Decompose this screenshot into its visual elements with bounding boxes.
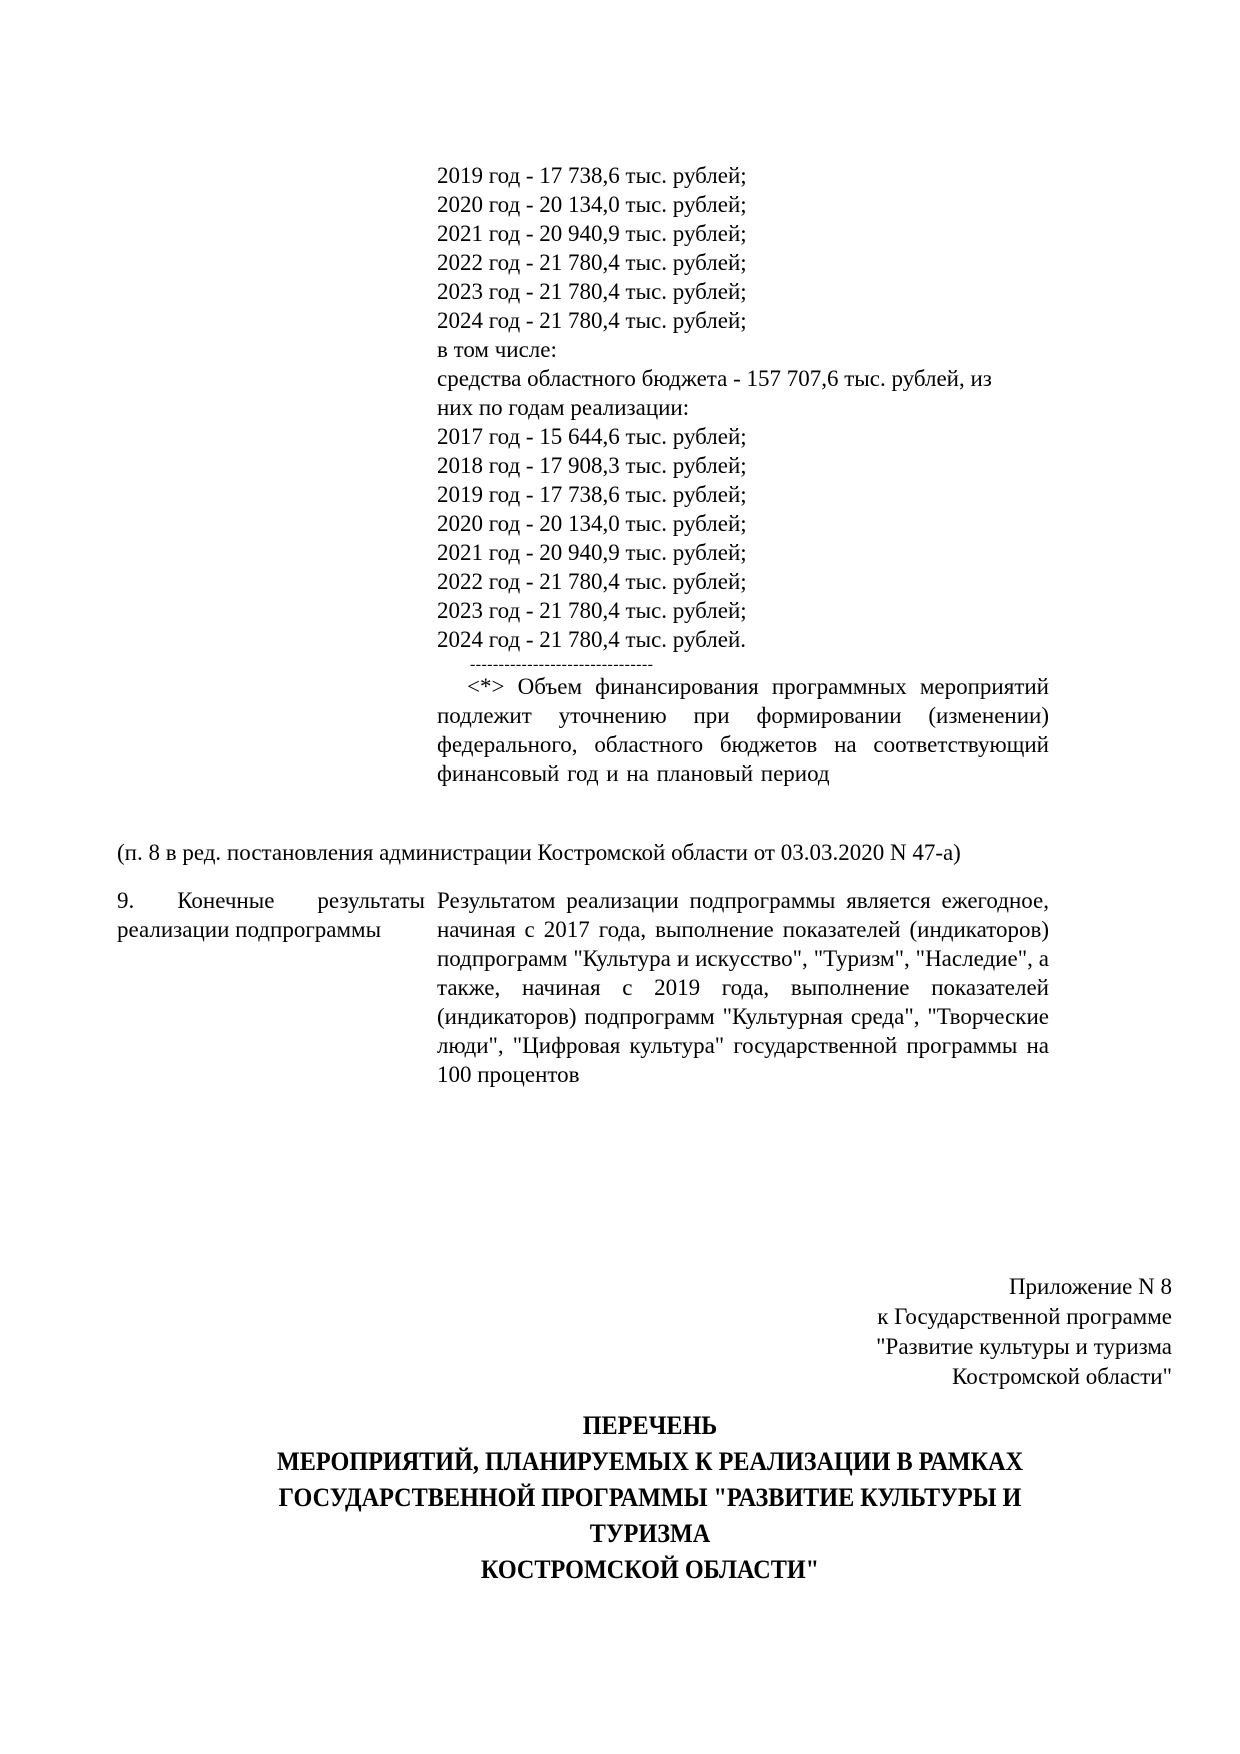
item-9-label: 9. Конечные результаты реализации подпро… [117,886,425,944]
appendix-line: "Развитие культуры и туризма [876,1332,1172,1362]
regional-year-line: 2018 год - 17 908,3 тыс. рублей; [437,451,1049,480]
regional-year-line: 2017 год - 15 644,6 тыс. рублей; [437,422,1049,451]
regional-year-line: 2020 год - 20 134,0 тыс. рублей; [437,509,1049,538]
funding-year-line: 2020 год - 20 134,0 тыс. рублей; [437,190,1049,219]
item-9-text: Результатом реализации подпрограммы явля… [437,886,1049,1089]
appendix-reference: Приложение N 8 к Государственной програм… [876,1272,1172,1392]
appendix-line: к Государственной программе [876,1302,1172,1332]
appendix-line: Костромской области" [876,1362,1172,1392]
appendix-line: Приложение N 8 [876,1272,1172,1302]
footnote-text: <*> Объем финансирования программных мер… [437,672,1049,788]
regional-budget-subtitle: них по годам реализации: [437,393,1049,422]
regional-year-line: 2021 год - 20 940,9 тыс. рублей; [437,538,1049,567]
funding-year-line: 2022 год - 21 780,4 тыс. рублей; [437,248,1049,277]
regional-year-line: 2023 год - 21 780,4 тыс. рублей; [437,596,1049,625]
funding-year-line: 2024 год - 21 780,4 тыс. рублей; [437,306,1049,335]
title-line: ТУРИЗМА [46,1516,1240,1552]
edit-note: (п. 8 в ред. постановления администрации… [117,838,961,867]
regional-budget-total: средства областного бюджета - 157 707,6 … [437,364,1049,393]
footnote: <*> Объем финансирования программных мер… [437,672,1049,788]
title-line: КОСТРОМСКОЙ ОБЛАСТИ" [46,1552,1240,1588]
funding-year-line: 2021 год - 20 940,9 тыс. рублей; [437,219,1049,248]
including-label: в том числе: [437,335,1049,364]
title-line: ПЕРЕЧЕНЬ [46,1408,1240,1444]
regional-year-line: 2024 год - 21 780,4 тыс. рублей. [437,625,1049,654]
title-line: МЕРОПРИЯТИЙ, ПЛАНИРУЕМЫХ К РЕАЛИЗАЦИИ В … [46,1444,1240,1480]
title-line: ГОСУДАРСТВЕННОЙ ПРОГРАММЫ "РАЗВИТИЕ КУЛЬ… [46,1480,1240,1516]
funding-year-line: 2019 год - 17 738,6 тыс. рублей; [437,161,1049,190]
document-page: 2019 год - 17 738,6 тыс. рублей; 2020 го… [0,0,1240,1754]
funding-block: 2019 год - 17 738,6 тыс. рублей; 2020 го… [437,161,1049,654]
funding-year-line: 2023 год - 21 780,4 тыс. рублей; [437,277,1049,306]
regional-year-line: 2019 год - 17 738,6 тыс. рублей; [437,480,1049,509]
regional-year-line: 2022 год - 21 780,4 тыс. рублей; [437,567,1049,596]
document-title: ПЕРЕЧЕНЬ МЕРОПРИЯТИЙ, ПЛАНИРУЕМЫХ К РЕАЛ… [46,1408,1240,1588]
